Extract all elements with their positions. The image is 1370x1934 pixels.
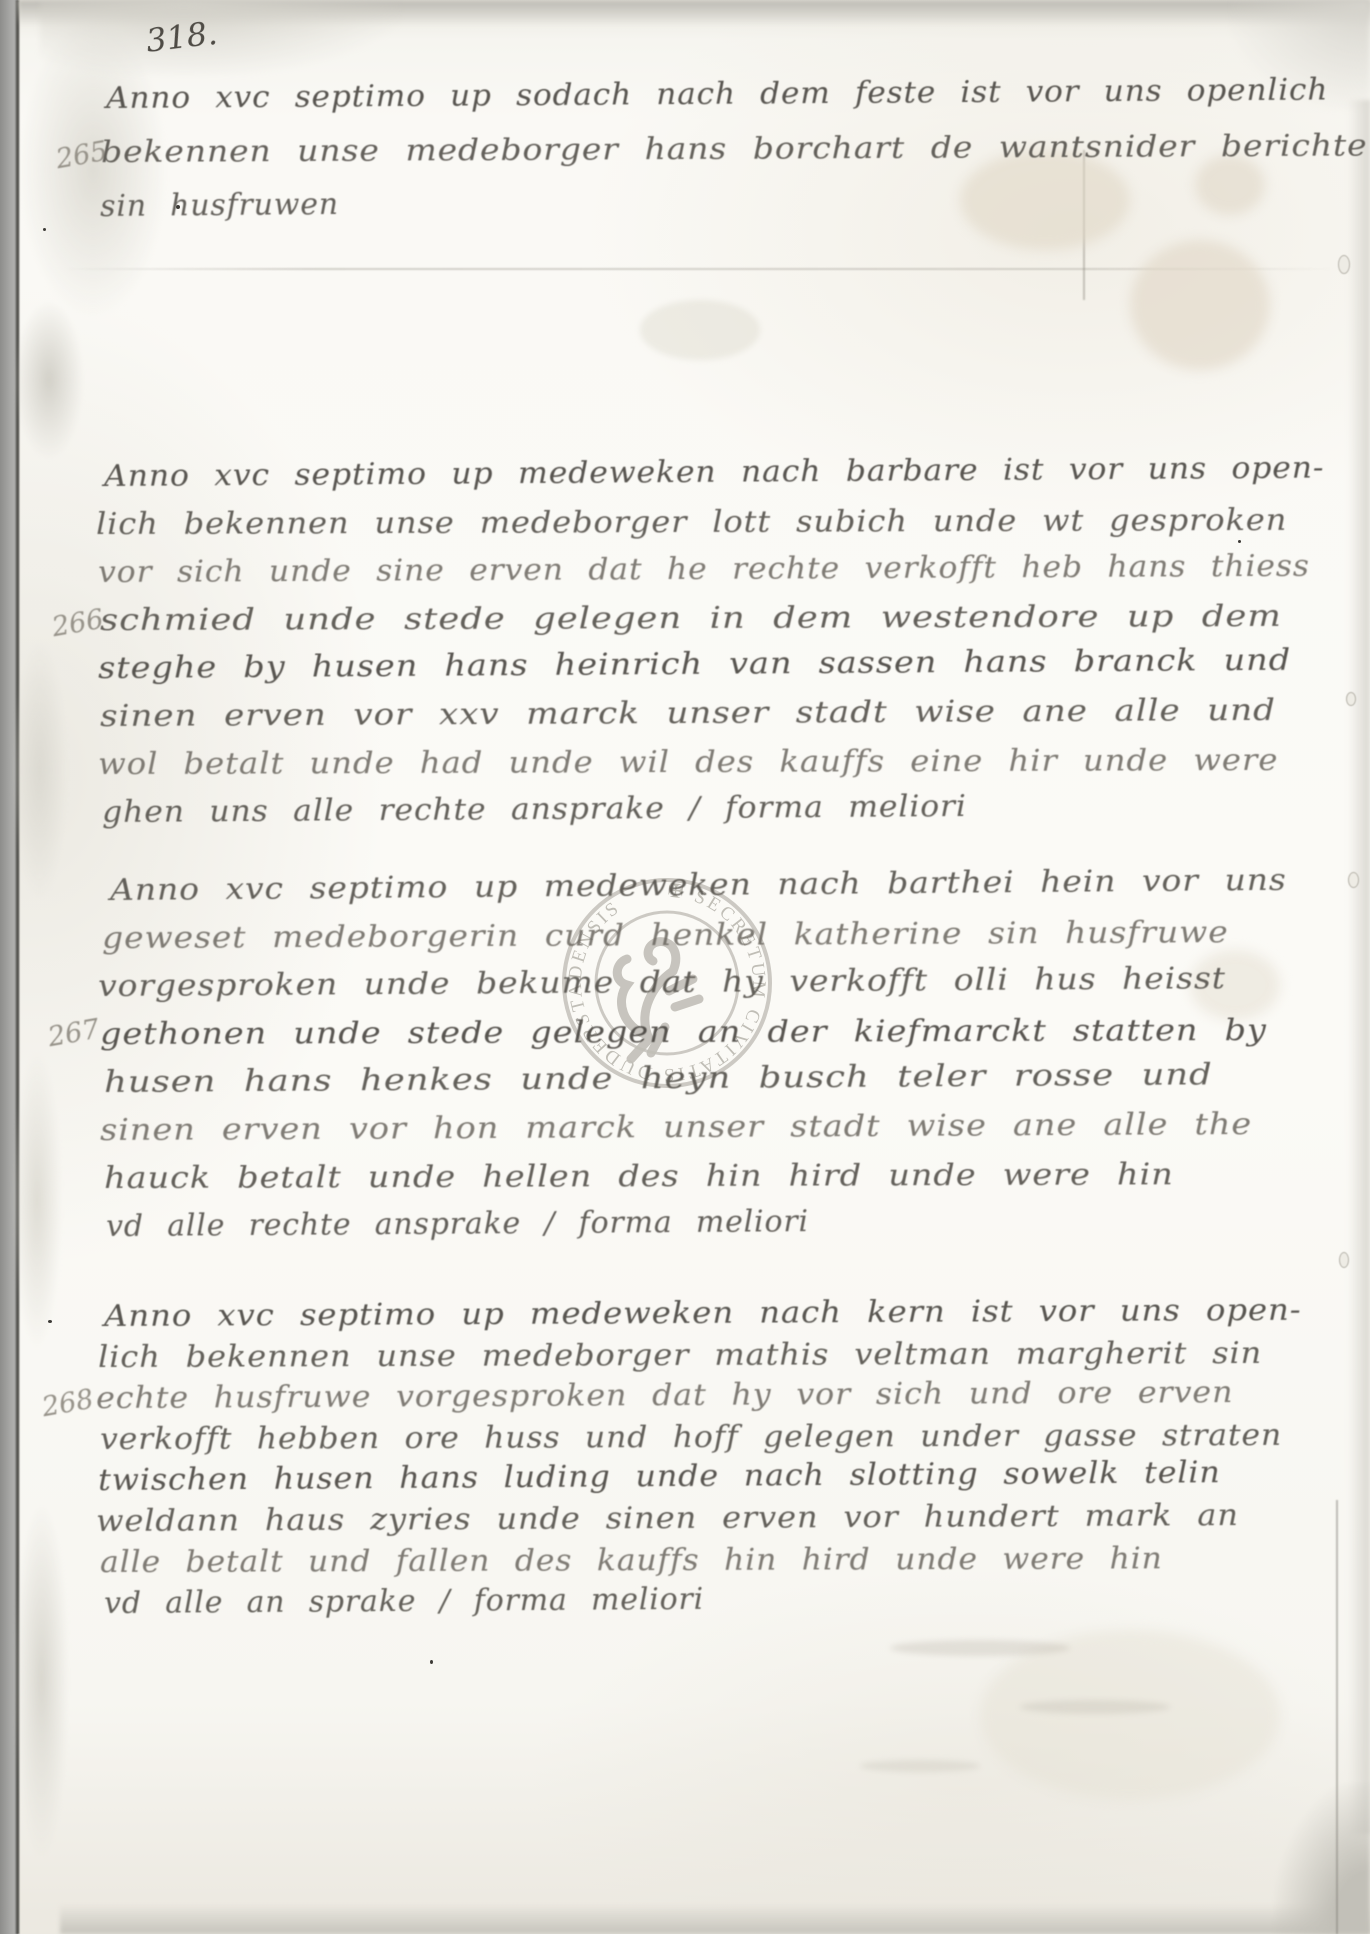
manuscript-line: ghen uns alle rechte ansprake / forma me… bbox=[102, 792, 967, 828]
ink-speck bbox=[1238, 540, 1241, 543]
manuscript-line: lich bekennen unse medeborger mathis vel… bbox=[98, 1339, 1262, 1373]
manuscript-line: sinen erven vor xxv marck unser stadt wi… bbox=[100, 696, 1276, 732]
manuscript-line: Anno xvc septimo up medeweken nach barba… bbox=[104, 453, 1324, 492]
manuscript-line: echte husfruwe vorgesproken dat hy vor s… bbox=[96, 1378, 1233, 1414]
torn-edge-blotch bbox=[14, 300, 84, 460]
torn-edge-blotch bbox=[14, 1500, 69, 1860]
torn-edge-blotch bbox=[12, 640, 67, 900]
manuscript-line: twischen husen hans luding unde nach slo… bbox=[98, 1458, 1221, 1496]
manuscript-line: bekennen unse medeborger hans borchart d… bbox=[101, 131, 1368, 168]
ink-speck bbox=[430, 1660, 433, 1664]
manuscript-line: vd alle rechte ansprake / forma meliori bbox=[106, 1207, 809, 1242]
manuscript-line: vd alle an sprake / forma meliori bbox=[104, 1585, 704, 1619]
manuscript-line: schmied unde stede gelegen in dem westen… bbox=[100, 602, 1282, 636]
torn-edge-blotch bbox=[18, 20, 168, 320]
manuscript-line: vor sich unde sine erven dat he rechte v… bbox=[98, 552, 1310, 588]
edge-hole bbox=[1346, 692, 1356, 706]
manuscript-line: husen hans henkes unde heyn busch teler … bbox=[104, 1060, 1213, 1098]
manuscript-line: sinen erven vor hon marck unser stadt wi… bbox=[100, 1110, 1252, 1146]
manuscript-line: Anno xvc septimo up medeweken nach kern … bbox=[104, 1296, 1302, 1332]
manuscript-line: verkofft hebben ore huss und hoff gelege… bbox=[100, 1421, 1282, 1455]
manuscript-line: vorgesproken unde bekume dat hy verkofft… bbox=[98, 964, 1226, 1002]
manuscript-line: steghe by husen hans heinrich van sassen… bbox=[98, 646, 1291, 684]
manuscript-line: geweset medeborgerin curd henkel katheri… bbox=[102, 918, 1229, 954]
manuscript-line: lich bekennen unse medeborger lott subic… bbox=[96, 506, 1287, 540]
manuscript-scan: { "page": { "folio_number": "318.", "doc… bbox=[0, 0, 1370, 1934]
manuscript-line: wol betalt unde had unde wil des kauffs … bbox=[98, 746, 1278, 780]
edge-hole bbox=[1348, 872, 1359, 888]
edge-hole bbox=[1338, 255, 1350, 274]
manuscript-line: weldann haus zyries unde sinen erven vor… bbox=[96, 1501, 1239, 1537]
torn-edge-blotch bbox=[12, 1050, 62, 1350]
manuscript-line: alle betalt und fallen des kauffs hin hi… bbox=[100, 1544, 1163, 1578]
manuscript-line: hauck betalt unde hellen des hin hird un… bbox=[104, 1160, 1174, 1194]
ink-speck bbox=[43, 228, 46, 231]
manuscript-line: Anno xvc septimo up sodach nach dem fest… bbox=[106, 75, 1328, 114]
manuscript-line: sin husfruwen bbox=[100, 190, 339, 222]
manuscript-line: gethonen unde stede gelegen an der kiefm… bbox=[100, 1016, 1267, 1050]
ink-speck bbox=[48, 1320, 52, 1323]
edge-hole bbox=[1339, 1252, 1349, 1268]
